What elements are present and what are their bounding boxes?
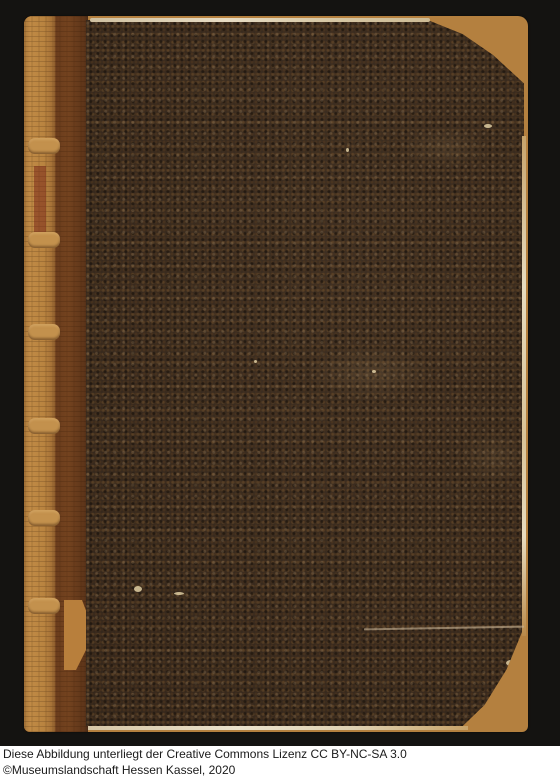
license-text: Diese Abbildung unterliegt der Creative … xyxy=(3,746,559,762)
copyright-text: ©Museumslandschaft Hessen Kassel, 2020 xyxy=(3,762,559,778)
book-photograph xyxy=(0,0,560,746)
marbled-cover-board xyxy=(86,20,524,726)
spine-band xyxy=(28,138,60,154)
page-edge-bottom xyxy=(88,726,468,730)
worn-spot xyxy=(174,592,184,595)
page-edge-right xyxy=(522,136,526,636)
spine-band xyxy=(28,418,60,434)
board-wear xyxy=(86,20,524,726)
worn-spot xyxy=(134,586,142,592)
worn-spot xyxy=(506,660,516,666)
worn-spot xyxy=(372,370,376,373)
worn-spot xyxy=(346,148,349,152)
spine-band xyxy=(28,232,60,248)
book xyxy=(24,16,528,732)
image-caption: Diese Abbildung unterliegt der Creative … xyxy=(3,746,559,778)
page-edge-top xyxy=(90,18,430,22)
spine-band xyxy=(28,598,60,614)
spine-band xyxy=(28,324,60,340)
worn-spot xyxy=(254,360,257,363)
spine-band xyxy=(28,510,60,526)
worn-spot xyxy=(484,124,492,128)
